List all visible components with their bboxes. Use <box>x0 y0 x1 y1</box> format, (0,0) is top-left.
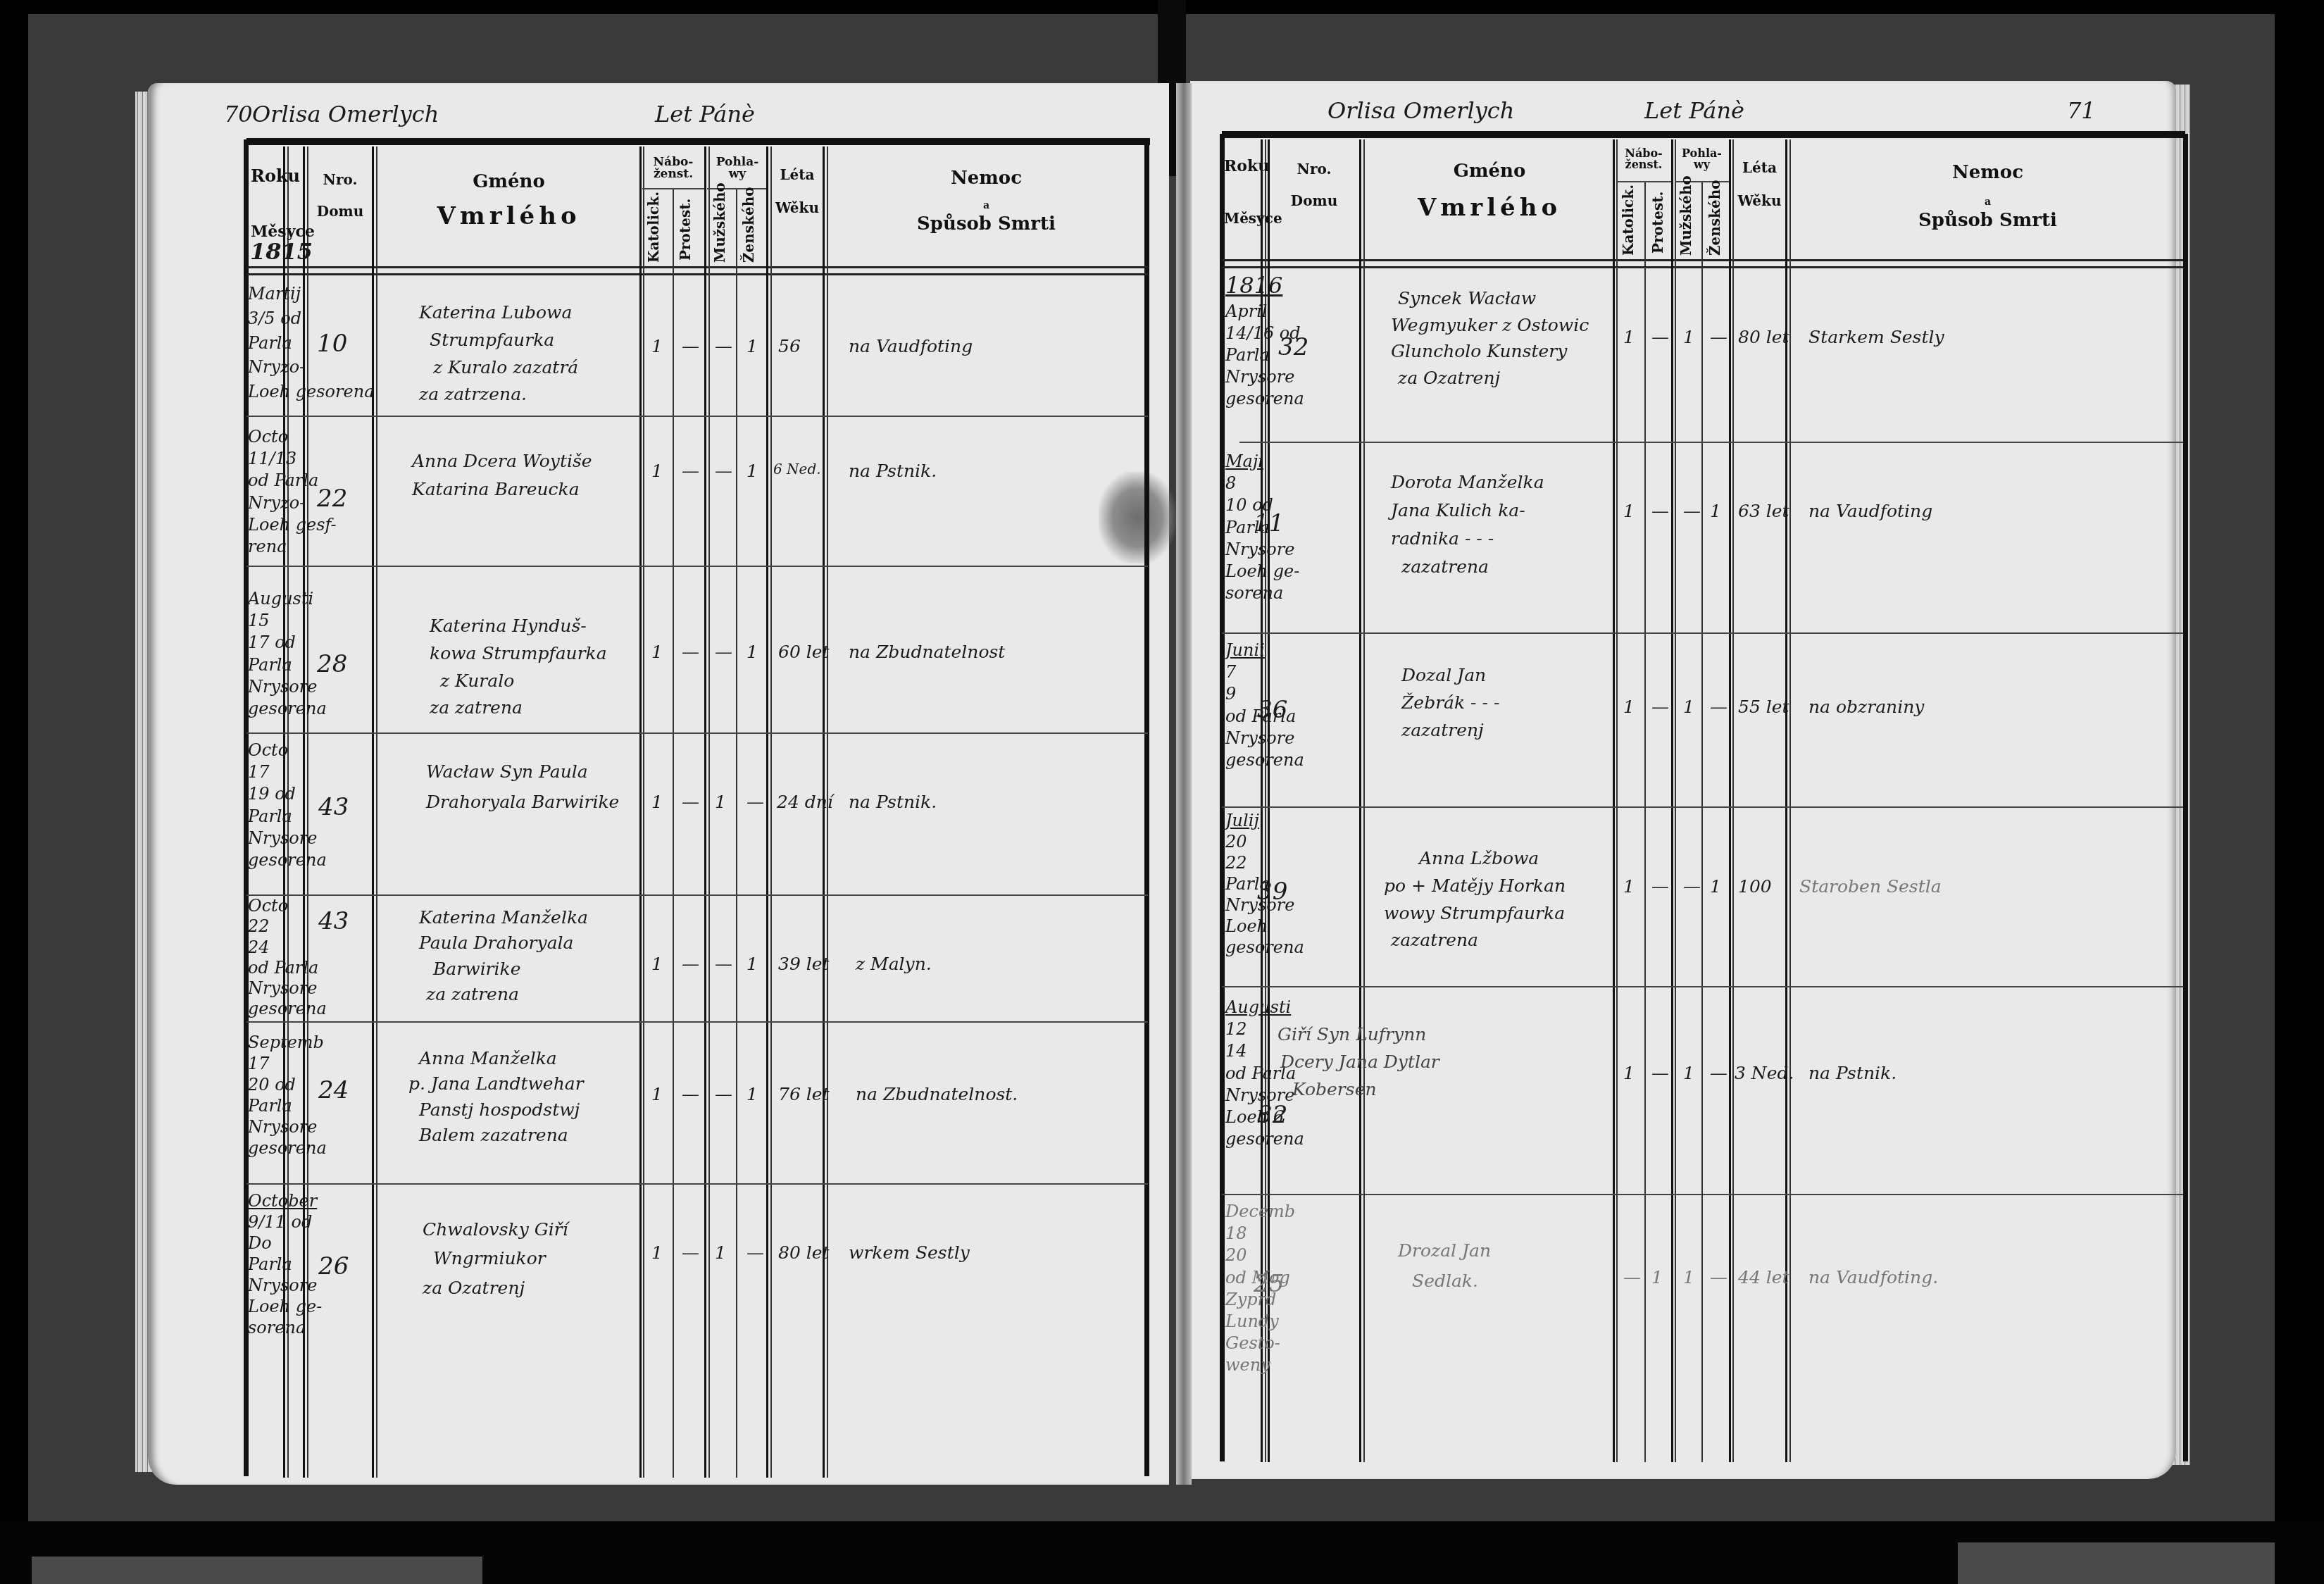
entry-male: — <box>715 954 732 974</box>
entry-male: 1 <box>1683 1064 1694 1083</box>
header-nemoc: Nemoc <box>830 169 1143 187</box>
name-line: Drozal Jan <box>1285 1236 1491 1266</box>
name-line: Katerina Hynduš- <box>430 613 607 640</box>
entry-cause: Staroben Sestla <box>1799 877 1942 897</box>
header-a: a <box>1792 197 2183 207</box>
col-line <box>704 146 706 1478</box>
row-divider <box>1222 632 2183 634</box>
date-line: sorena <box>1225 582 1299 604</box>
date-line: 24 <box>248 937 327 958</box>
header-domu: Domu <box>1269 194 1359 208</box>
right-table-right-border <box>2183 134 2188 1461</box>
name-line: kowa Strumpfaurka <box>430 640 607 668</box>
running-head-left-2: Let Pánè <box>655 102 755 127</box>
date-line: weny <box>1225 1354 1295 1376</box>
date-line: Junii <box>1225 640 1304 661</box>
right-table-left-border <box>1220 134 1225 1461</box>
entry-protestant: — <box>682 1243 699 1263</box>
date-line: Loeh ge- <box>248 1296 322 1317</box>
col-line <box>1644 182 1646 1462</box>
date-line: Nrysore <box>248 978 327 999</box>
date-line: Octo <box>248 740 327 761</box>
date-line: Lundy <box>1225 1311 1295 1333</box>
header-nabozenstvi: Nábo-ženst. <box>642 156 704 180</box>
header-zenskeho: Ženského <box>1708 189 1722 256</box>
col-line <box>823 146 825 1478</box>
entry-cause: na Pstnik. <box>849 792 937 812</box>
header-nro: Nro. <box>308 173 372 187</box>
name-line: Gluncholo Kunstery <box>1391 338 1589 365</box>
left-header-rule-1 <box>246 266 1148 268</box>
entry-age: 100 <box>1738 877 1772 897</box>
col-line <box>1729 139 1731 1462</box>
col-line <box>643 146 644 1478</box>
col-line <box>770 146 772 1478</box>
header-zpusob-smrti: Spůsob Smrti <box>1792 211 2183 230</box>
name-line: Dcery Jana Dytlar <box>1275 1049 1439 1076</box>
film-strip-right <box>1958 1542 2275 1584</box>
entry-date: Augusti 15 17 od Parla Nrysore gesorena <box>248 588 327 720</box>
entry-age: 56 <box>778 337 801 356</box>
entry-house: 11 <box>1254 511 1284 537</box>
entry-male: 1 <box>715 792 726 812</box>
subheader-rule <box>1616 181 1671 182</box>
date-line: sorena <box>248 1317 322 1338</box>
entry-date: October 9/11 od Do Parla Nrysore Loeh ge… <box>248 1190 322 1338</box>
entry-protestant: — <box>682 337 699 356</box>
entry-age: 39 let <box>778 954 830 974</box>
entry-catholic: 1 <box>651 1243 663 1263</box>
row-divider <box>246 732 1148 734</box>
header-katolick: Katolick. <box>646 196 661 263</box>
header-nro: Nro. <box>1269 162 1359 176</box>
entry-name: Drozal Jan Sedlak. <box>1285 1236 1491 1296</box>
entry-female: 1 <box>1710 501 1721 521</box>
name-line: Katerina Lubowa <box>419 299 578 327</box>
header-katolick: Katolick. <box>1621 189 1635 256</box>
entry-name: Dozal Jan Žebrák - - - zazatrenj <box>1401 662 1499 744</box>
header-muzskeho: Mužského <box>713 196 727 263</box>
row-divider <box>1239 442 2183 443</box>
row-divider <box>1222 1194 2183 1195</box>
entry-name: Giří Syn Lufrynn Dcery Jana Dytlar Kober… <box>1275 1021 1439 1103</box>
entry-house: 22 <box>317 486 347 512</box>
name-line: p. Jana Landtwehar <box>408 1071 584 1097</box>
header-vmrleho: Vmrlého <box>1366 196 1613 220</box>
entry-protestant: — <box>1651 328 1669 347</box>
date-line: 15 <box>248 610 327 632</box>
right-table-top-border <box>1222 131 2185 138</box>
header-gmeno: Gméno <box>380 173 637 191</box>
entry-date: Octo 22 24 od Parla Nrysore gesorena <box>248 896 327 1020</box>
col-line <box>1613 139 1615 1462</box>
date-line: rena <box>248 536 337 558</box>
name-line: Balem zazatrena <box>408 1123 584 1148</box>
entry-cause: na Vaudfoting. <box>1808 1268 1938 1287</box>
date-line: gesorena <box>1225 1128 1304 1150</box>
entry-female: — <box>1710 1064 1728 1083</box>
col-line <box>708 146 710 1478</box>
name-line: za Ozatrenj <box>1391 365 1589 392</box>
header-vmrleho: Vmrlého <box>380 204 637 228</box>
header-zpusob-smrti: Spůsob Smrti <box>830 215 1143 233</box>
date-line: Nrysore <box>1225 728 1304 749</box>
entry-male: 1 <box>715 1243 726 1263</box>
name-line: Strumpfaurka <box>419 327 578 354</box>
entry-name: Anna Manželka p. Jana Landtwehar Panstj … <box>408 1046 584 1148</box>
date-line: Nrysore <box>248 1116 327 1137</box>
date-line: Decemb <box>1225 1201 1295 1223</box>
header-gmeno: Gméno <box>1366 162 1613 180</box>
running-head-right-2: Let Pánè <box>1644 99 1744 123</box>
entry-house: 24 <box>318 1078 349 1104</box>
entry-name: Katerina Lubowa Strumpfaurka z Kuralo za… <box>419 299 578 409</box>
date-line: April <box>1225 301 1304 323</box>
year-1815: 1815 <box>250 239 313 264</box>
entry-catholic: 1 <box>1623 1064 1635 1083</box>
name-line: za zatrzena. <box>419 381 578 409</box>
name-line: zazatrena <box>1384 927 1566 954</box>
entry-male: 1 <box>1683 1268 1694 1287</box>
date-line: Augusti <box>1225 997 1304 1018</box>
date-line: 17 od <box>248 632 327 654</box>
header-weku: Wěku <box>772 201 823 215</box>
header-nemoc: Nemoc <box>1792 163 2183 182</box>
entry-age: 63 let <box>1738 501 1789 521</box>
entry-cause: wrkem Sestly <box>849 1243 970 1263</box>
date-line: gesorena <box>248 1137 327 1159</box>
date-line: gesorena <box>1225 937 1304 958</box>
name-line: Giří Syn Lufrynn <box>1275 1021 1439 1049</box>
entry-cause: Starkem Sestly <box>1808 328 1944 347</box>
entry-age: 6 Ned. <box>773 461 821 477</box>
header-mesyce: Měsyce <box>251 224 283 239</box>
entry-catholic: 1 <box>651 954 663 974</box>
page-number-left: 70 <box>224 102 253 127</box>
entry-house: 28 <box>317 651 347 678</box>
col-line <box>1616 139 1618 1462</box>
row-divider <box>1222 986 2183 987</box>
entry-male: — <box>715 1085 732 1104</box>
page-number-right: 71 <box>2067 99 2096 123</box>
name-line: Dozal Jan <box>1401 662 1499 690</box>
header-roku: Roku <box>1224 158 1261 174</box>
row-divider <box>246 1183 1148 1185</box>
date-line: gesorena <box>1225 749 1304 771</box>
date-line: Octo <box>248 896 327 916</box>
date-line: Nrysore <box>248 1275 322 1296</box>
date-line: 8 <box>1225 473 1299 494</box>
entry-male: 1 <box>1683 328 1694 347</box>
date-line: Parla <box>248 331 374 356</box>
name-line: za zatrena <box>419 982 588 1007</box>
running-head-left-1: Orlisa Omerlych <box>252 102 439 127</box>
date-line: 7 <box>1225 661 1304 683</box>
entry-male: 1 <box>1683 697 1694 717</box>
entry-age: 80 let <box>1738 328 1789 347</box>
name-line: po + Matějy Horkan <box>1384 873 1566 900</box>
name-line: Anna Manželka <box>408 1046 584 1071</box>
name-line: Sedlak. <box>1285 1266 1491 1297</box>
entry-name: Syncek Wacław Wegmyuker z Ostowic Glunch… <box>1391 285 1589 391</box>
entry-protestant: — <box>682 1085 699 1104</box>
name-line: Anna Lžbowa <box>1384 845 1566 873</box>
date-line: Parla <box>248 1095 327 1116</box>
entry-age: 3 Ned. <box>1735 1064 1794 1083</box>
entry-male: — <box>715 461 732 481</box>
col-line <box>639 146 642 1478</box>
entry-female: 1 <box>746 1085 758 1104</box>
entry-age: 44 let <box>1738 1268 1789 1287</box>
entry-date: Octo 17 19 od Parla Nrysore gesorena <box>248 740 327 871</box>
date-line: gesorena <box>248 849 327 871</box>
header-roku: Roku <box>251 168 283 185</box>
entry-female: — <box>746 792 764 812</box>
entry-name: Anna Lžbowa po + Matějy Horkan wowy Stru… <box>1384 845 1566 954</box>
col-line <box>1671 139 1673 1462</box>
entry-catholic: 1 <box>651 792 663 812</box>
col-line <box>376 146 377 1478</box>
entry-cause: na Pstnik. <box>849 461 937 481</box>
entry-protestant: — <box>1651 1064 1669 1083</box>
entry-age: 76 let <box>778 1085 830 1104</box>
subheader-rule <box>642 188 704 189</box>
date-line: Julij <box>1225 810 1304 831</box>
entry-catholic: 1 <box>1623 877 1635 897</box>
date-line: Gesto- <box>1225 1333 1295 1354</box>
col-line <box>673 189 674 1478</box>
entry-house: 43 <box>318 794 349 821</box>
name-line: Katerina Manželka <box>419 905 588 930</box>
name-line: Wegmyuker z Ostowic <box>1391 312 1589 339</box>
entry-name: Katerina Manželka Paula Drahoryala Barwi… <box>419 905 588 1007</box>
left-table-right-border <box>1144 139 1149 1476</box>
name-line: Wacław Syn Paula <box>426 757 619 787</box>
entry-catholic: 1 <box>651 461 663 481</box>
film-strip-left <box>32 1557 482 1584</box>
name-line: za Ozatrenj <box>423 1273 568 1302</box>
entry-catholic: 1 <box>1623 501 1635 521</box>
date-line: Loeh gesorena <box>248 380 374 404</box>
header-mesyce: Měsyce <box>1224 211 1261 225</box>
date-line: Loeh gesf- <box>248 514 337 536</box>
date-line: 17 <box>248 1053 327 1074</box>
entry-catholic: 1 <box>1623 697 1635 717</box>
entry-name: Anna Dcera Woytiše Katarina Bareucka <box>412 447 592 504</box>
name-line: z Kuralo zazatrá <box>419 354 578 382</box>
name-line: z Kuralo <box>430 668 607 695</box>
name-line: Paula Drahoryala <box>419 930 588 956</box>
name-line: Chwalovsky Giří <box>423 1215 568 1244</box>
header-pohlawy: Pohla-wy <box>1675 148 1729 170</box>
header-zenskeho: Ženského <box>742 196 756 263</box>
col-line <box>1789 139 1791 1462</box>
header-domu: Domu <box>308 204 372 218</box>
entry-catholic: 1 <box>651 1085 663 1104</box>
entry-female: — <box>1710 1268 1728 1287</box>
name-line: Anna Dcera Woytiše <box>412 447 592 475</box>
date-line: 20 od <box>248 1074 327 1095</box>
entry-protestant: — <box>682 954 699 974</box>
row-divider <box>246 1021 1148 1023</box>
header-protest: Protest. <box>1651 189 1665 256</box>
left-header-rule-2 <box>246 273 1148 275</box>
date-line: Octo <box>248 426 337 448</box>
date-line: od Parla <box>248 958 327 978</box>
name-line: za zatrena <box>430 694 607 722</box>
date-line: Parla <box>248 654 327 676</box>
date-line: October <box>248 1190 322 1211</box>
header-protest: Protest. <box>678 196 692 263</box>
name-line: Barwirike <box>419 956 588 982</box>
name-line: zazatrenj <box>1401 717 1499 744</box>
row-divider <box>1222 806 2183 808</box>
col-line <box>1701 182 1703 1462</box>
entry-house: 39 <box>1257 879 1287 905</box>
entry-cause: na Vaudfoting <box>1808 501 1932 521</box>
date-line: Septemb <box>248 1032 327 1053</box>
entry-name: Katerina Hynduš- kowa Strumpfaurka z Kur… <box>430 613 607 722</box>
date-line: Loeh <box>1225 916 1304 937</box>
date-line: 17 <box>248 761 327 783</box>
col-line <box>827 146 828 1478</box>
entry-age: 55 let <box>1738 697 1789 717</box>
date-line: 3/5 od <box>248 306 374 331</box>
entry-date: Martij 3/5 od Parla Nryzo- Loeh gesorena <box>248 282 374 404</box>
entry-protestant: — <box>1651 697 1669 717</box>
year-1816: 1816 <box>1225 271 1304 301</box>
date-line: 20 <box>1225 831 1304 852</box>
entry-catholic: 1 <box>1623 328 1635 347</box>
date-line: Nrysore <box>1225 539 1299 561</box>
date-line: gesorena <box>248 698 327 720</box>
col-line <box>1675 139 1676 1462</box>
entry-name: Dorota Manželka Jana Kulich ka- radnika … <box>1391 468 1544 581</box>
entry-cause: na Zbudnatelnost. <box>856 1085 1018 1104</box>
entry-age: 60 let <box>778 642 830 662</box>
entry-protestant: — <box>682 461 699 481</box>
entry-house: 36 <box>1257 697 1287 723</box>
entry-protestant: 1 <box>1651 1268 1663 1287</box>
entry-male: — <box>715 337 732 356</box>
entry-date: Septemb 17 20 od Parla Nrysore gesorena <box>248 1032 327 1159</box>
entry-female: 1 <box>746 954 758 974</box>
header-a: a <box>830 201 1143 211</box>
entry-male: — <box>1683 501 1701 521</box>
col-line <box>736 189 737 1478</box>
date-line: Nrysore <box>1225 366 1304 388</box>
header-nabozenstvi: Nábo-ženst. <box>1616 148 1671 170</box>
header-pohlawy: Pohla-wy <box>708 156 766 180</box>
entry-catholic: — <box>1623 1268 1641 1287</box>
entry-female: 1 <box>1710 877 1721 897</box>
entry-cause: z Malyn. <box>856 954 932 974</box>
header-weku: Wěku <box>1734 194 1785 208</box>
book-gutter <box>1176 83 1192 1485</box>
entry-cause: na Vaudfoting <box>849 337 973 356</box>
date-line: Parla <box>248 1254 322 1275</box>
entry-female: 1 <box>746 461 758 481</box>
entry-catholic: 1 <box>651 642 663 662</box>
entry-name: Wacław Syn Paula Drahoryala Barwirike <box>426 757 619 817</box>
entry-female: — <box>1710 328 1728 347</box>
date-line: 22 <box>1225 852 1304 873</box>
col-line <box>766 146 768 1478</box>
entry-age: 80 let <box>778 1243 830 1263</box>
entry-protestant: — <box>682 792 699 812</box>
name-line: Katarina Bareucka <box>412 475 592 504</box>
ink-stain <box>1099 472 1176 563</box>
entry-male: — <box>715 642 732 662</box>
entry-protestant: — <box>1651 501 1669 521</box>
entry-house: 32 <box>1278 335 1308 361</box>
date-line: 9/11 od <box>248 1211 322 1233</box>
date-line: gesorena <box>248 999 327 1019</box>
date-line: 22 <box>248 916 327 937</box>
name-line: Dorota Manželka <box>1391 468 1544 497</box>
entry-age: 24 dní <box>777 792 833 812</box>
date-line: 11/13 <box>248 448 337 470</box>
date-line: Maji <box>1225 451 1299 473</box>
entry-female: 1 <box>746 642 758 662</box>
date-line: Nrysore <box>248 676 327 698</box>
date-line: Nryzo- <box>248 355 374 380</box>
date-line: Augusti <box>248 588 327 610</box>
date-line: Do <box>248 1233 322 1254</box>
date-line: Parla <box>248 806 327 828</box>
name-line: Syncek Wacław <box>1391 285 1589 312</box>
header-leta: Léta <box>1734 161 1785 175</box>
entry-male: — <box>1683 877 1701 897</box>
col-line <box>1732 139 1734 1462</box>
name-line: Wngrmiukor <box>423 1244 568 1273</box>
date-line: Loeh ge- <box>1225 561 1299 582</box>
entry-name: Chwalovsky Giří Wngrmiukor za Ozatrenj <box>423 1215 568 1302</box>
entry-protestant: — <box>1651 877 1669 897</box>
entry-protestant: — <box>682 642 699 662</box>
date-line: Martij <box>248 282 374 306</box>
row-divider <box>246 894 1148 896</box>
name-line: Jana Kulich ka- <box>1391 497 1544 525</box>
name-line: Žebrák - - - <box>1401 690 1499 717</box>
entry-female: — <box>746 1243 764 1263</box>
date-line: gesorena <box>1225 388 1304 410</box>
entry-house: 26 <box>318 1254 349 1280</box>
entry-cause: na obzraniny <box>1808 697 1924 717</box>
entry-cause: na Pstnik. <box>1808 1064 1897 1083</box>
name-line: radnika - - - <box>1391 525 1544 553</box>
entry-catholic: 1 <box>651 337 663 356</box>
name-line: wowy Strumpfaurka <box>1384 900 1566 928</box>
left-table-top-border <box>246 138 1150 145</box>
row-divider <box>246 416 1148 417</box>
header-muzskeho: Mužského <box>1679 189 1693 256</box>
name-line: zazatrena <box>1391 553 1544 581</box>
entry-female: 1 <box>746 337 758 356</box>
entry-house: 43 <box>318 909 349 935</box>
name-line: Kobersen <box>1275 1076 1439 1104</box>
row-divider <box>246 566 1148 567</box>
entry-house: 25 <box>1254 1271 1284 1297</box>
entry-house: 10 <box>317 331 347 357</box>
entry-house: 32 <box>1257 1102 1287 1128</box>
date-line: Nrysore <box>248 828 327 849</box>
name-line: Drahoryala Barwirike <box>426 787 619 818</box>
running-head-right-1: Orlisa Omerlych <box>1327 99 1514 123</box>
entry-female: — <box>1710 697 1728 717</box>
header-leta: Léta <box>772 168 823 182</box>
date-line: 19 od <box>248 783 327 805</box>
